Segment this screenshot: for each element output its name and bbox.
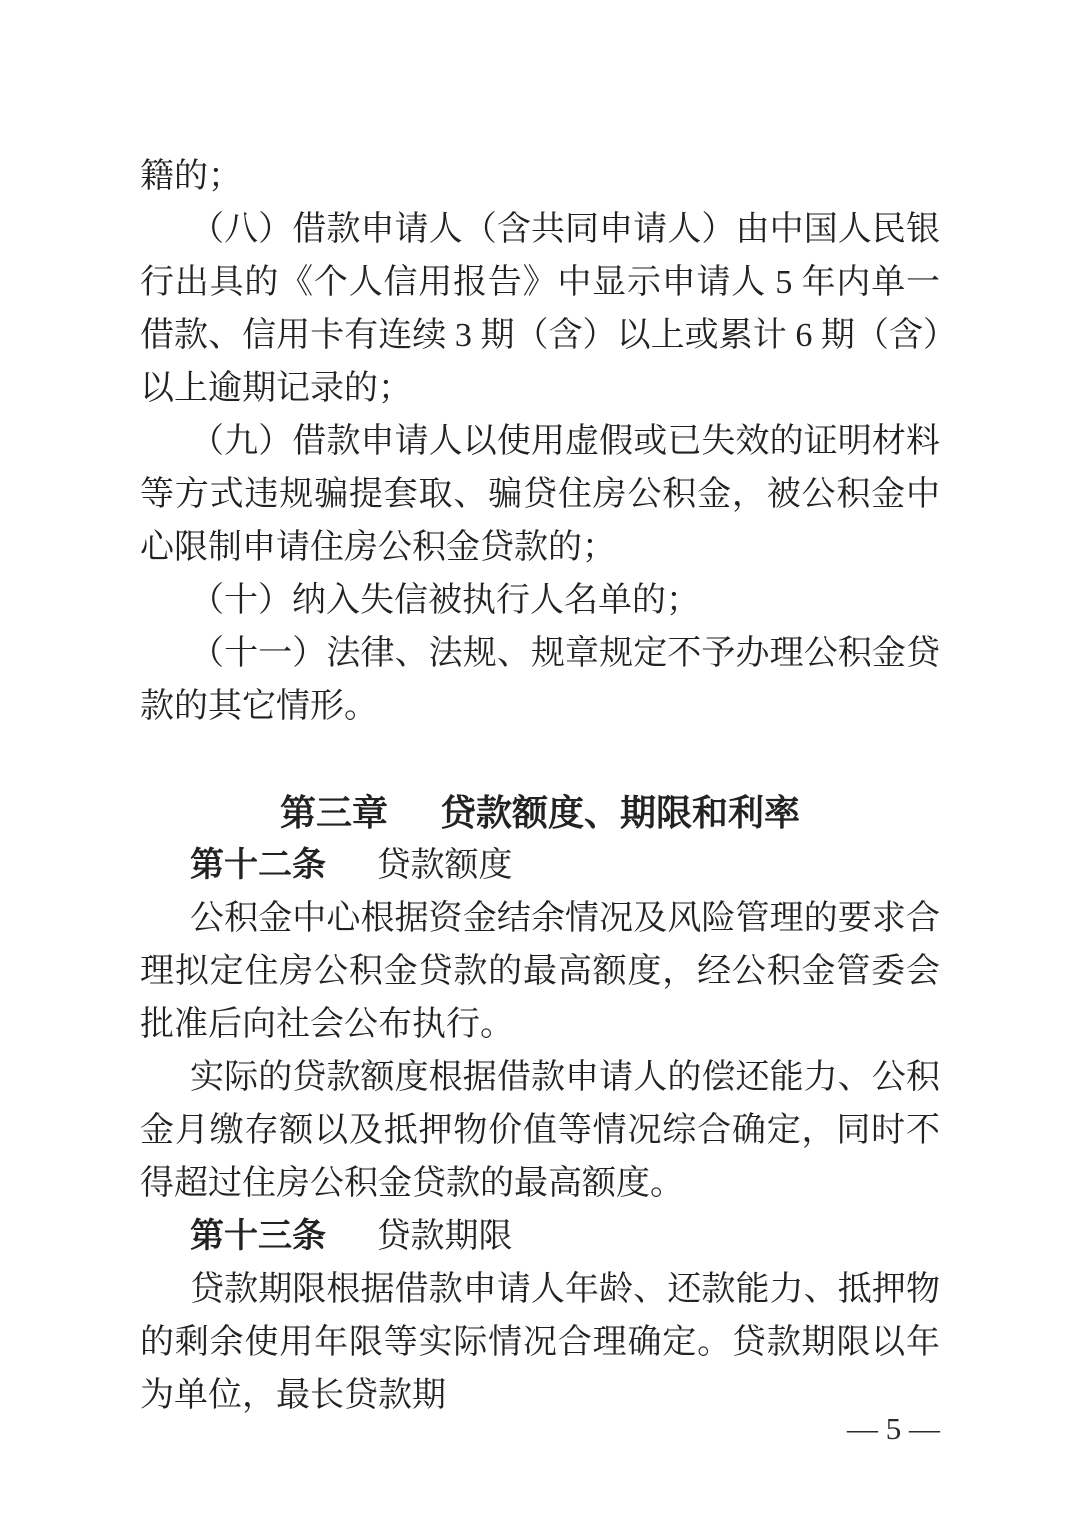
clause-item-10: （十）纳入失信被执行人名单的； xyxy=(140,574,940,627)
page-number: — 5 — xyxy=(847,1411,940,1446)
clause-item-8: （八）借款申请人（含共同申请人）由中国人民银行出具的《个人信用报告》中显示申请人… xyxy=(140,203,940,415)
article-title: 贷款额度 xyxy=(377,847,513,884)
chapter-title: 贷款额度、期限和利率 xyxy=(440,792,800,833)
paragraph: 实际的贷款额度根据借款申请人的偿还能力、公积金月缴存额以及抵押物价值等情况综合确… xyxy=(140,1051,940,1210)
page-footer: — 5 — xyxy=(140,1408,940,1450)
paragraph: 贷款期限根据借款申请人年龄、还款能力、抵押物的剩余使用年限等实际情况合理确定。贷… xyxy=(140,1263,940,1422)
article-number: 第十三条 xyxy=(190,1218,326,1255)
document-page: 籍的； （八）借款申请人（含共同申请人）由中国人民银行出具的《个人信用报告》中显… xyxy=(0,0,1080,1527)
clause-item-9: （九）借款申请人以使用虚假或已失效的证明材料等方式违规骗提套取、骗贷住房公积金，… xyxy=(140,415,940,574)
paragraph-continuation: 籍的； xyxy=(140,150,940,203)
paragraph: 公积金中心根据资金结余情况及风险管理的要求合理拟定住房公积金贷款的最高额度，经公… xyxy=(140,892,940,1051)
article-heading-12: 第十二条 贷款额度 xyxy=(140,839,940,892)
article-title: 贷款期限 xyxy=(377,1218,513,1255)
document-body: 籍的； （八）借款申请人（含共同申请人）由中国人民银行出具的《个人信用报告》中显… xyxy=(140,150,940,1422)
article-number: 第十二条 xyxy=(190,847,326,884)
chapter-heading: 第三章 贷款额度、期限和利率 xyxy=(140,786,940,839)
clause-item-11: （十一）法律、法规、规章规定不予办理公积金贷款的其它情形。 xyxy=(140,627,940,733)
chapter-number: 第三章 xyxy=(280,792,388,833)
article-heading-13: 第十三条 贷款期限 xyxy=(140,1210,940,1263)
